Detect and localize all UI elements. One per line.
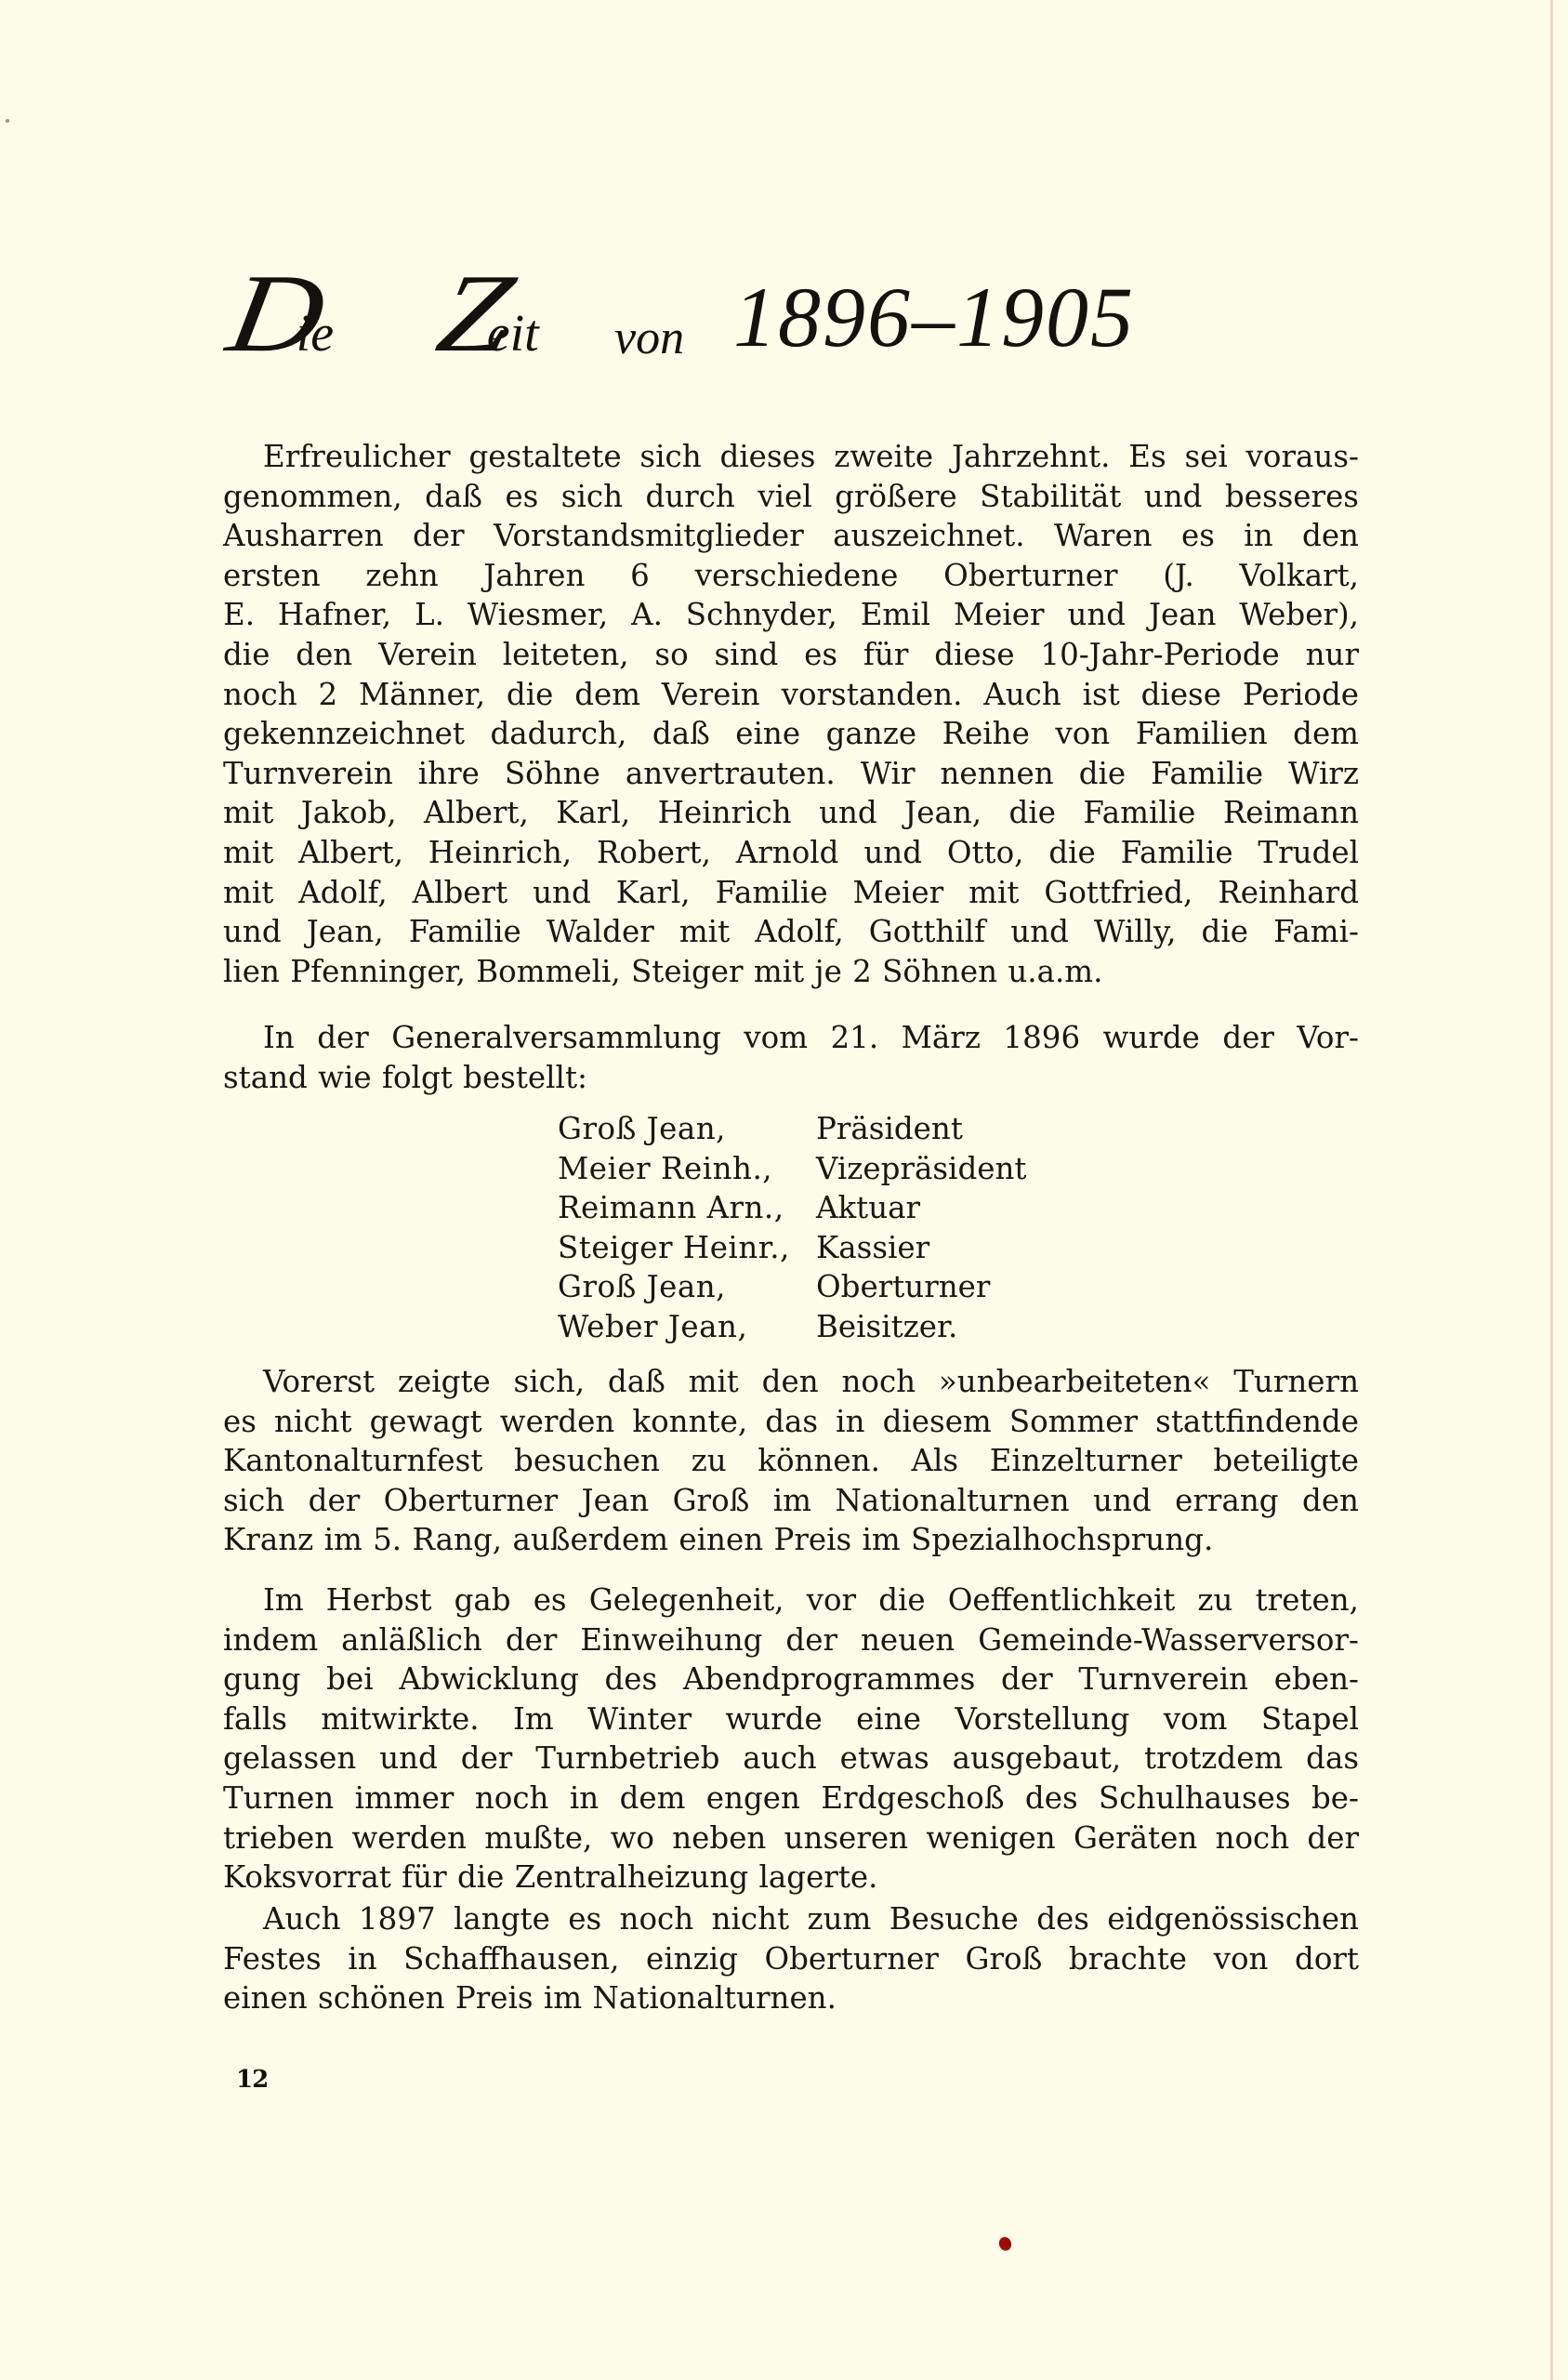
text-line: gelassen und der Turnbetrieb auch etwas … bbox=[223, 1739, 1359, 1778]
heading-word-die: Die bbox=[219, 249, 334, 377]
text-line: Kantonalturnfest besuchen zu können. Als… bbox=[223, 1441, 1359, 1481]
text-line: falls mitwirkte. Im Winter wurde eine Vo… bbox=[223, 1699, 1359, 1739]
chapter-heading: Die Zeit von 1896–1905 bbox=[219, 249, 1149, 398]
text-line: E. Hafner, L. Wiesmer, A. Schnyder, Emil… bbox=[223, 595, 1359, 635]
board-member-name: Steiger Heinr., bbox=[558, 1228, 816, 1268]
paragraph-4: Im Herbst gab es Gelegenheit, vor die Oe… bbox=[223, 1580, 1359, 1897]
board-member-role: Aktuar bbox=[816, 1188, 1026, 1228]
heading-years: 1896–1905 bbox=[733, 268, 1135, 366]
text-line: Turnverein ihre Söhne anvertrauten. Wir … bbox=[223, 754, 1359, 794]
text-line: Turnen immer noch in dem engen Erdgescho… bbox=[223, 1778, 1359, 1818]
text-line: Koksvorrat für die Zentralheizung lagert… bbox=[223, 1858, 1359, 1897]
text-line: mit Albert, Heinrich, Robert, Arnold und… bbox=[223, 833, 1359, 873]
paragraph-1: Erfreulicher gestaltete sich dieses zwei… bbox=[223, 437, 1359, 991]
heading-word-zeit: Zeit bbox=[428, 249, 539, 377]
board-member-name: Groß Jean, bbox=[558, 1267, 816, 1307]
text-line: ersten zehn Jahren 6 verschiedene Obertu… bbox=[223, 556, 1359, 596]
heading-word-von: von bbox=[614, 311, 684, 365]
board-member-role: Beisitzer. bbox=[816, 1307, 1026, 1347]
table-row: Groß Jean, Oberturner bbox=[558, 1267, 1026, 1307]
text-line: In der Generalversammlung vom 21. März 1… bbox=[223, 1018, 1359, 1058]
text-line: Auch 1897 langte es noch nicht zum Besuc… bbox=[223, 1899, 1359, 1939]
text-line: mit Adolf, Albert und Karl, Familie Meie… bbox=[223, 873, 1359, 913]
text-line: lien Pfenninger, Bommeli, Steiger mit je… bbox=[223, 952, 1359, 992]
text-line: Kranz im 5. Rang, außerdem einen Preis i… bbox=[223, 1520, 1359, 1560]
board-member-name: Reimann Arn., bbox=[558, 1188, 816, 1228]
text-line: trieben werden mußte, wo neben unseren w… bbox=[223, 1818, 1359, 1858]
text-line: indem anläßlich der Einweihung der neuen… bbox=[223, 1620, 1359, 1660]
table-row: Steiger Heinr., Kassier bbox=[558, 1228, 1026, 1268]
table-row: Reimann Arn., Aktuar bbox=[558, 1188, 1026, 1228]
text-line: Erfreulicher gestaltete sich dieses zwei… bbox=[223, 437, 1359, 477]
text-line: noch 2 Männer, die dem Verein vorstanden… bbox=[223, 675, 1359, 715]
text-line: gekennzeichnet dadurch, daß eine ganze R… bbox=[223, 714, 1359, 754]
board-member-name: Groß Jean, bbox=[558, 1109, 816, 1149]
red-ink-dot bbox=[997, 2235, 1013, 2253]
board-member-role: Präsident bbox=[816, 1109, 1026, 1149]
text-line: die den Verein leiteten, so sind es für … bbox=[223, 635, 1359, 675]
board-member-role: Oberturner bbox=[816, 1267, 1026, 1307]
page-number: 12 bbox=[236, 2066, 268, 2094]
board-member-name: Weber Jean, bbox=[558, 1307, 816, 1347]
text-line: Im Herbst gab es Gelegenheit, vor die Oe… bbox=[223, 1580, 1359, 1620]
paragraph-3: Vorerst zeigte sich, daß mit den noch »u… bbox=[223, 1362, 1359, 1560]
table-row: Groß Jean, Präsident bbox=[558, 1109, 1026, 1149]
board-member-role: Kassier bbox=[816, 1228, 1026, 1268]
text-line: gung bei Abwicklung des Abendprogrammes … bbox=[223, 1659, 1359, 1699]
text-line: und Jean, Familie Walder mit Adolf, Gott… bbox=[223, 912, 1359, 952]
text-line: einen schönen Preis im Nationalturnen. bbox=[223, 1978, 1359, 2018]
paper-speck bbox=[6, 119, 9, 123]
table-row: Weber Jean, Beisitzer. bbox=[558, 1307, 1026, 1347]
text-line: Vorerst zeigte sich, daß mit den noch »u… bbox=[223, 1362, 1359, 1402]
table-row: Meier Reinh., Vizepräsident bbox=[558, 1149, 1026, 1189]
text-line: stand wie folgt bestellt: bbox=[223, 1058, 1359, 1098]
text-line: mit Jakob, Albert, Karl, Heinrich und Je… bbox=[223, 793, 1359, 833]
text-line: Festes in Schaffhausen, einzig Oberturne… bbox=[223, 1939, 1359, 1979]
board-member-role: Vizepräsident bbox=[816, 1149, 1026, 1189]
paragraph-2: In der Generalversammlung vom 21. März 1… bbox=[223, 1018, 1359, 1097]
page-edge-line bbox=[1550, 0, 1553, 2380]
board-member-name: Meier Reinh., bbox=[558, 1149, 816, 1189]
text-line: genommen, daß es sich durch viel größere… bbox=[223, 477, 1359, 517]
board-members-table: Groß Jean, Präsident Meier Reinh., Vizep… bbox=[558, 1109, 1026, 1347]
paragraph-5: Auch 1897 langte es noch nicht zum Besuc… bbox=[223, 1899, 1359, 2018]
text-line: es nicht gewagt werden konnte, das in di… bbox=[223, 1402, 1359, 1442]
text-line: Ausharren der Vorstandsmitglieder auszei… bbox=[223, 516, 1359, 556]
text-line: sich der Oberturner Jean Groß im Nationa… bbox=[223, 1481, 1359, 1521]
